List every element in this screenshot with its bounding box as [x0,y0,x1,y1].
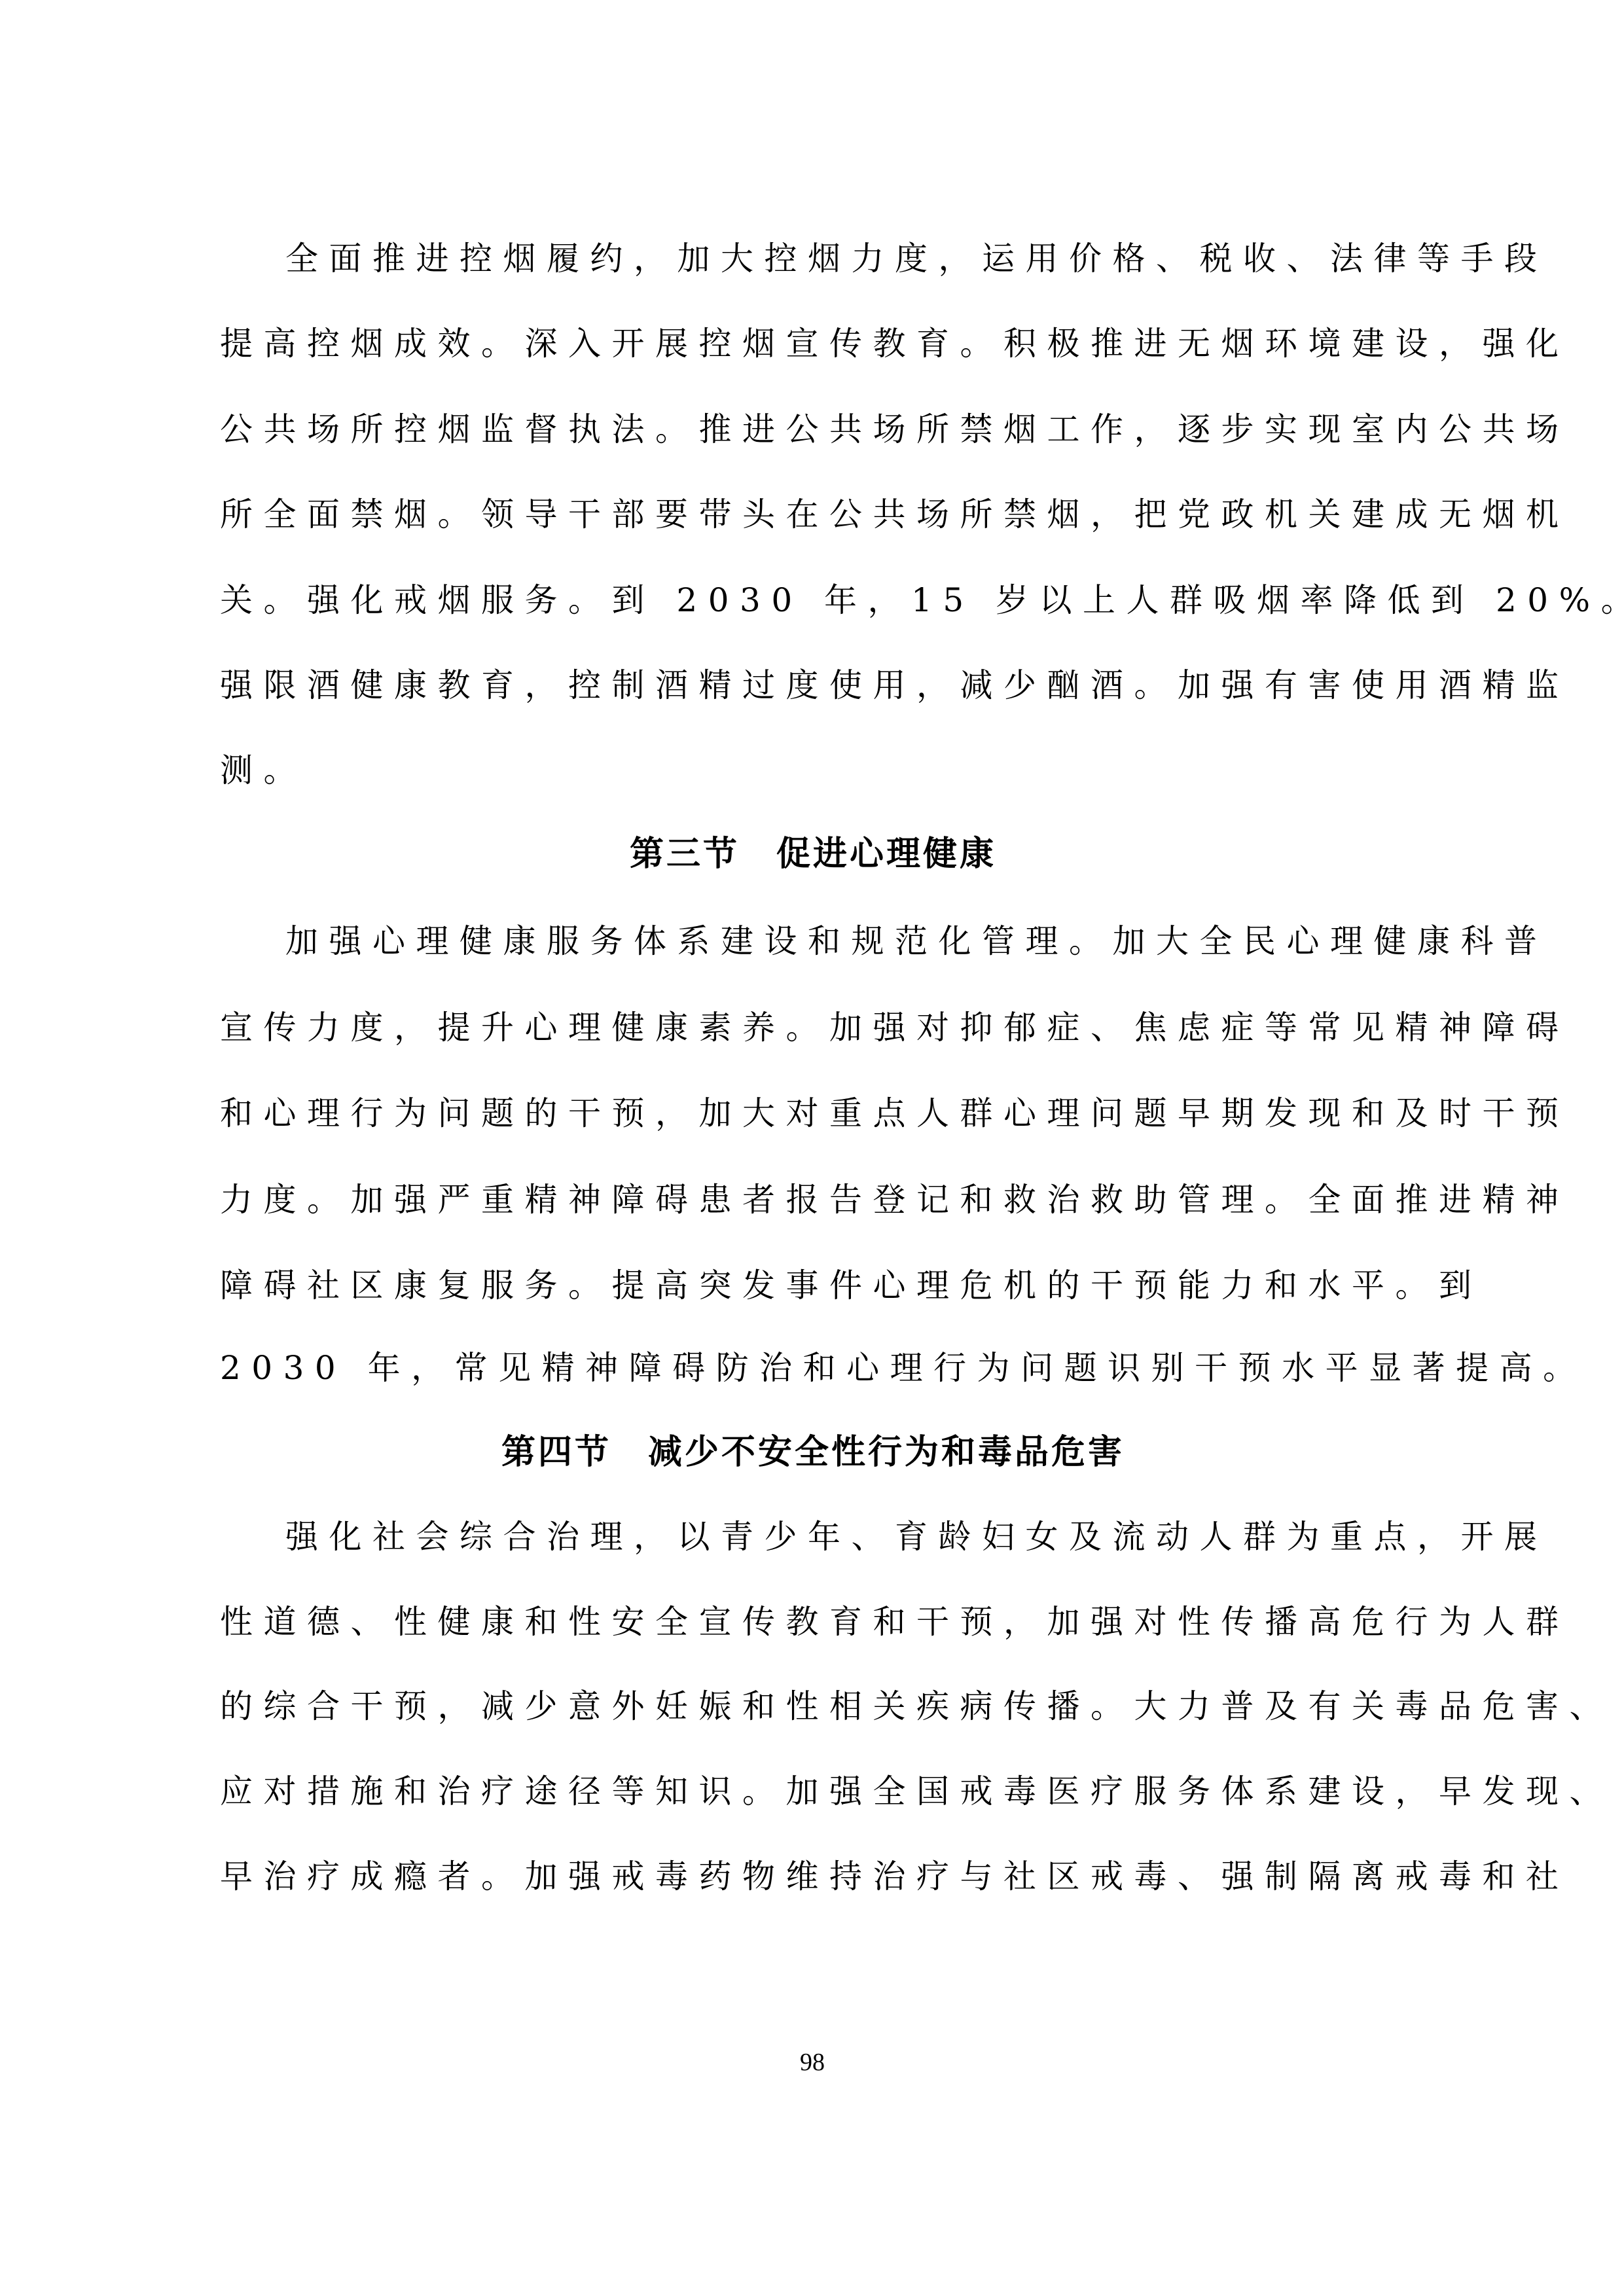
page-number: 98 [747,2047,878,2077]
text-line: 全面推进控烟履约，加大控烟力度，运用价格、税收、法律等手段 [285,237,1406,280]
text-line: 2030 年，常见精神障碍防治和心理行为问题识别干预水平显著提高。 [220,1346,1406,1390]
section-heading-unsafe-behavior-drugs: 第四节 减少不安全性行为和毒品危害 [220,1431,1406,1474]
text-line: 强化社会综合治理，以青少年、育龄妇女及流动人群为重点，开展 [285,1515,1406,1558]
text-line: 性道德、性健康和性安全宣传教育和干预，加强对性传播高危行为人群 [220,1600,1406,1643]
text-line: 障碍社区康复服务。提高突发事件心理危机的干预能力和水平。到 [220,1264,1406,1307]
text-line: 强限酒健康教育，控制酒精过度使用，减少酗酒。加强有害使用酒精监 [220,664,1406,707]
text-line: 早治疗成瘾者。加强戒毒药物维持治疗与社区戒毒、强制隔离戒毒和社 [220,1855,1406,1898]
text-line: 关。强化戒烟服务。到 2030 年，15 岁以上人群吸烟率降低到 20%。加 [220,579,1406,622]
text-line: 公共场所控烟监督执法。推进公共场所禁烟工作，逐步实现室内公共场 [220,408,1406,451]
text-line: 的综合干预，减少意外妊娠和性相关疾病传播。大力普及有关毒品危害、 [220,1685,1406,1728]
text-line: 测。 [220,749,1406,792]
text-line: 加强心理健康服务体系建设和规范化管理。加大全民心理健康科普 [285,920,1406,963]
document-page: 全面推进控烟履约，加大控烟力度，运用价格、税收、法律等手段 提高控烟成效。深入开… [0,0,1624,2296]
text-line: 应对措施和治疗途径等知识。加强全国戒毒医疗服务体系建设，早发现、 [220,1770,1424,1813]
text-line: 所全面禁烟。领导干部要带头在公共场所禁烟，把党政机关建成无烟机 [220,493,1406,536]
text-line: 宣传力度，提升心理健康素养。加强对抑郁症、焦虑症等常见精神障碍 [220,1006,1406,1049]
section-heading-mental-health: 第三节 促进心理健康 [220,833,1406,876]
text-line: 提高控烟成效。深入开展控烟宣传教育。积极推进无烟环境建设，强化 [220,322,1406,365]
text-line: 和心理行为问题的干预，加大对重点人群心理问题早期发现和及时干预 [220,1092,1406,1135]
text-line: 力度。加强严重精神障碍患者报告登记和救治救助管理。全面推进精神 [220,1178,1406,1221]
